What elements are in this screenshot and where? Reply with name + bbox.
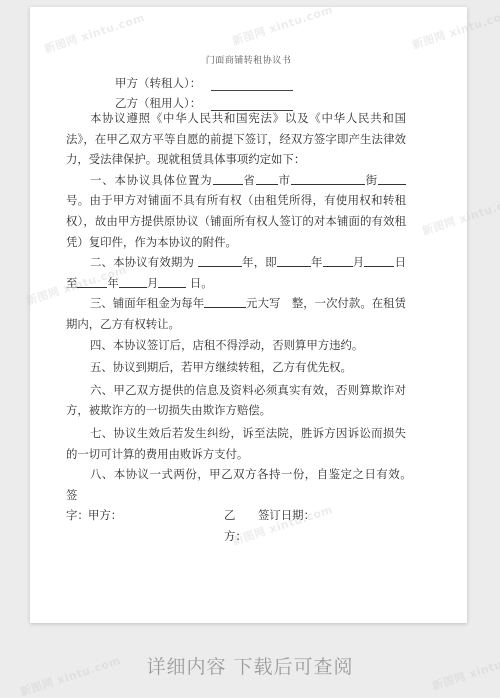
clause-5: 五、协议到期后，若甲方继续转租，乙方有优先权。 <box>66 357 406 378</box>
party-a-label: 甲方（转租人）： <box>115 75 201 91</box>
blank-years <box>198 254 242 267</box>
document-title: 门面商铺转租协议书 <box>30 53 467 66</box>
party-a-line: 甲方（转租人）： <box>115 75 293 91</box>
signature-date: 签订日期： <box>258 505 315 546</box>
clause-3-text: 三、铺面年租金为每年 <box>90 296 204 310</box>
clause-1-rest: 号。由于甲方对铺面不具有所有权（由租凭所得，有使用权和转租权），故由甲方提供原协… <box>66 193 406 248</box>
blank-end-year <box>77 275 107 288</box>
clause-4: 四、本协议签订后，店租不得浮动，否则算甲方违约。 <box>66 335 406 356</box>
clause-1-city: 市 <box>278 173 291 187</box>
watermark: 新图网 xintu.com <box>230 1 335 49</box>
blank-rent <box>204 295 246 308</box>
clause-1-province: 省 <box>243 173 256 187</box>
signature-party-a: 甲方： <box>88 505 224 546</box>
clause-6: 六、甲乙双方提供的信息及资料必须真实有效，否则算欺诈对方，被欺诈方的一切损失由欺… <box>66 380 406 421</box>
document-body: 本协议遵照《中华人民共和国宪法》以及《中华人民共和国法》，在甲乙双方平等自愿的前… <box>66 108 406 546</box>
clause-1-street: 街 <box>365 173 378 187</box>
blank-number <box>378 172 406 185</box>
preamble: 本协议遵照《中华人民共和国宪法》以及《中华人民共和国法》，在甲乙双方平等自愿的前… <box>66 108 406 170</box>
watermark: 新图网 xintu.com <box>42 9 147 57</box>
clause-1-text: 一、本协议具体位置为 <box>90 173 213 187</box>
clause-2-text: 二、本协议有效期为 <box>90 255 194 269</box>
signature-prefix: 字： <box>66 505 88 546</box>
clause-7: 七、协议生效后若发生纠纷，诉至法院，胜诉方因诉讼而损失的一切可计算的费用由败诉方… <box>66 423 406 464</box>
blank-end-month <box>119 275 147 288</box>
download-caption: 详细内容 下载后可查阅 <box>0 652 500 679</box>
clause-2-end-day-label: 日。 <box>190 276 213 290</box>
watermark: 新图网 xintu.com <box>420 191 500 239</box>
clause-2-end-year-label: 年 <box>107 276 118 290</box>
blank-street <box>291 172 365 185</box>
clause-2-end-month-label: 月 <box>147 276 158 290</box>
clause-2: 二、本协议有效期为 年，即年月日至年月 日。 <box>66 252 406 293</box>
party-a-blank <box>211 78 293 91</box>
blank-start-month <box>323 254 353 267</box>
blank-city <box>256 172 278 185</box>
blank-start-year <box>277 254 311 267</box>
clause-2-years: 年，即 <box>242 255 277 269</box>
clause-3: 三、铺面年租金为每年元大写 整，一次付款。在租赁期内，乙方有权转让。 <box>66 293 406 334</box>
signature-line: 字： 甲方： 乙方： 签订日期： <box>66 505 406 546</box>
signature-party-b: 乙方： <box>224 505 258 546</box>
watermark: 新图网 xintu.com <box>410 5 500 53</box>
clause-2-year-label: 年 <box>311 255 323 269</box>
blank-province <box>213 172 243 185</box>
blank-start-day <box>364 254 394 267</box>
clause-8: 八、本协议一式两份，甲乙双方各持一份，自鉴定之日有效。 签 <box>66 464 406 505</box>
clause-2-month-label: 月 <box>353 255 365 269</box>
blank-end-day <box>158 275 186 288</box>
clause-1: 一、本协议具体位置为省市街号。由于甲方对铺面不具有所有权（由租凭所得，有使用权和… <box>66 170 406 252</box>
